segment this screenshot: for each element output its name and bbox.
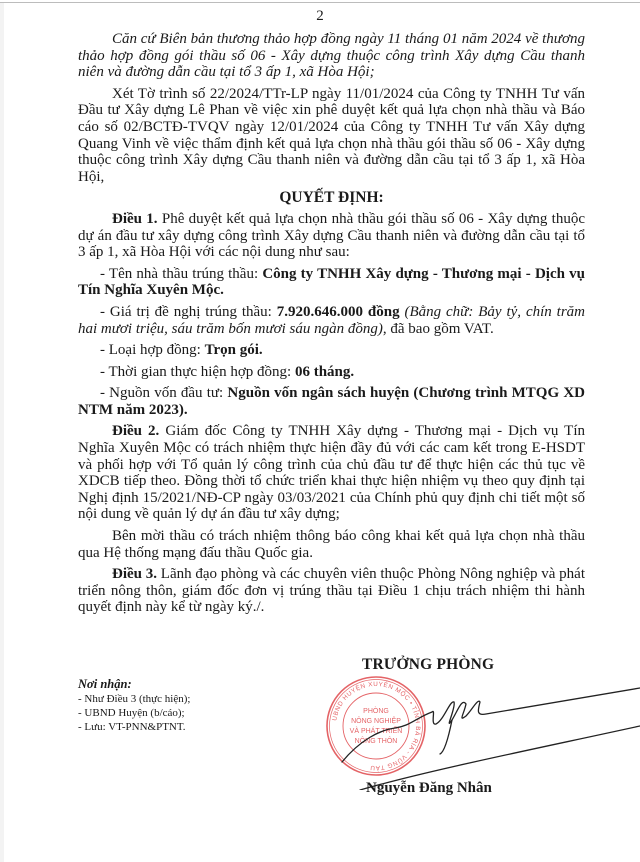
- item-value: Trọn gói.: [205, 342, 263, 358]
- paragraph-consideration: Xét Tờ trình số 22/2024/TTr-LP ngày 11/0…: [78, 86, 585, 186]
- article-1: Điều 1. Phê duyệt kết quả lựa chọn nhà t…: [78, 211, 585, 261]
- item-price: - Giá trị đề nghị trúng thầu: 7.920.646.…: [78, 304, 585, 337]
- item-label: - Giá trị đề nghị trúng thầu:: [100, 304, 277, 320]
- item-suffix: , đã bao gồm VAT.: [383, 321, 494, 337]
- page-edge-line: [0, 2, 640, 3]
- recipients-block: Nơi nhận: - Như Điều 3 (thực hiện); - UB…: [78, 677, 190, 734]
- article-2-label: Điều 2.: [112, 423, 159, 439]
- item-label: - Loại hợp đồng:: [100, 342, 205, 358]
- article-2: Điều 2. Giám đốc Công ty TNHH Xây dựng -…: [78, 423, 585, 523]
- item-label: - Tên nhà thầu trúng thầu:: [100, 266, 262, 282]
- recipient-item: - UBND Huyện (b/cáo);: [78, 706, 190, 720]
- article-3: Điều 3. Lãnh đạo phòng và các chuyên viê…: [78, 566, 585, 616]
- article-3-label: Điều 3.: [112, 566, 157, 582]
- article-1-label: Điều 1.: [112, 211, 158, 227]
- signer-name: Nguyễn Đăng Nhân: [366, 780, 492, 797]
- item-funding: - Nguồn vốn đầu tư: Nguồn vốn ngân sách …: [78, 385, 585, 418]
- signer-title: TRƯỞNG PHÒNG: [362, 656, 494, 674]
- paragraph-basis: Căn cứ Biên bản thương thảo hợp đồng ngà…: [78, 31, 585, 81]
- document-body: Căn cứ Biên bản thương thảo hợp đồng ngà…: [78, 31, 585, 621]
- recipient-item: - Như Điều 3 (thực hiện);: [78, 692, 190, 706]
- decision-heading: QUYẾT ĐỊNH:: [78, 190, 585, 207]
- article-2-extra: Bên mời thầu có trách nhiệm thông báo cô…: [78, 528, 585, 561]
- item-value: 7.920.646.000 đồng: [277, 304, 400, 320]
- item-contract-type: - Loại hợp đồng: Trọn gói.: [78, 342, 585, 359]
- item-contractor: - Tên nhà thầu trúng thầu: Công ty TNHH …: [78, 266, 585, 299]
- handwritten-signature: [340, 680, 640, 790]
- item-duration: - Thời gian thực hiện hợp đồng: 06 tháng…: [78, 364, 585, 381]
- recipient-item: - Lưu: VT-PNN&PTNT.: [78, 720, 190, 734]
- item-label: - Thời gian thực hiện hợp đồng:: [100, 364, 295, 380]
- page-edge-shadow: [0, 3, 4, 862]
- page-number: 2: [0, 8, 640, 25]
- item-label: - Nguồn vốn đầu tư:: [100, 385, 227, 401]
- item-value: 06 tháng.: [295, 364, 354, 380]
- recipients-title: Nơi nhận:: [78, 677, 190, 691]
